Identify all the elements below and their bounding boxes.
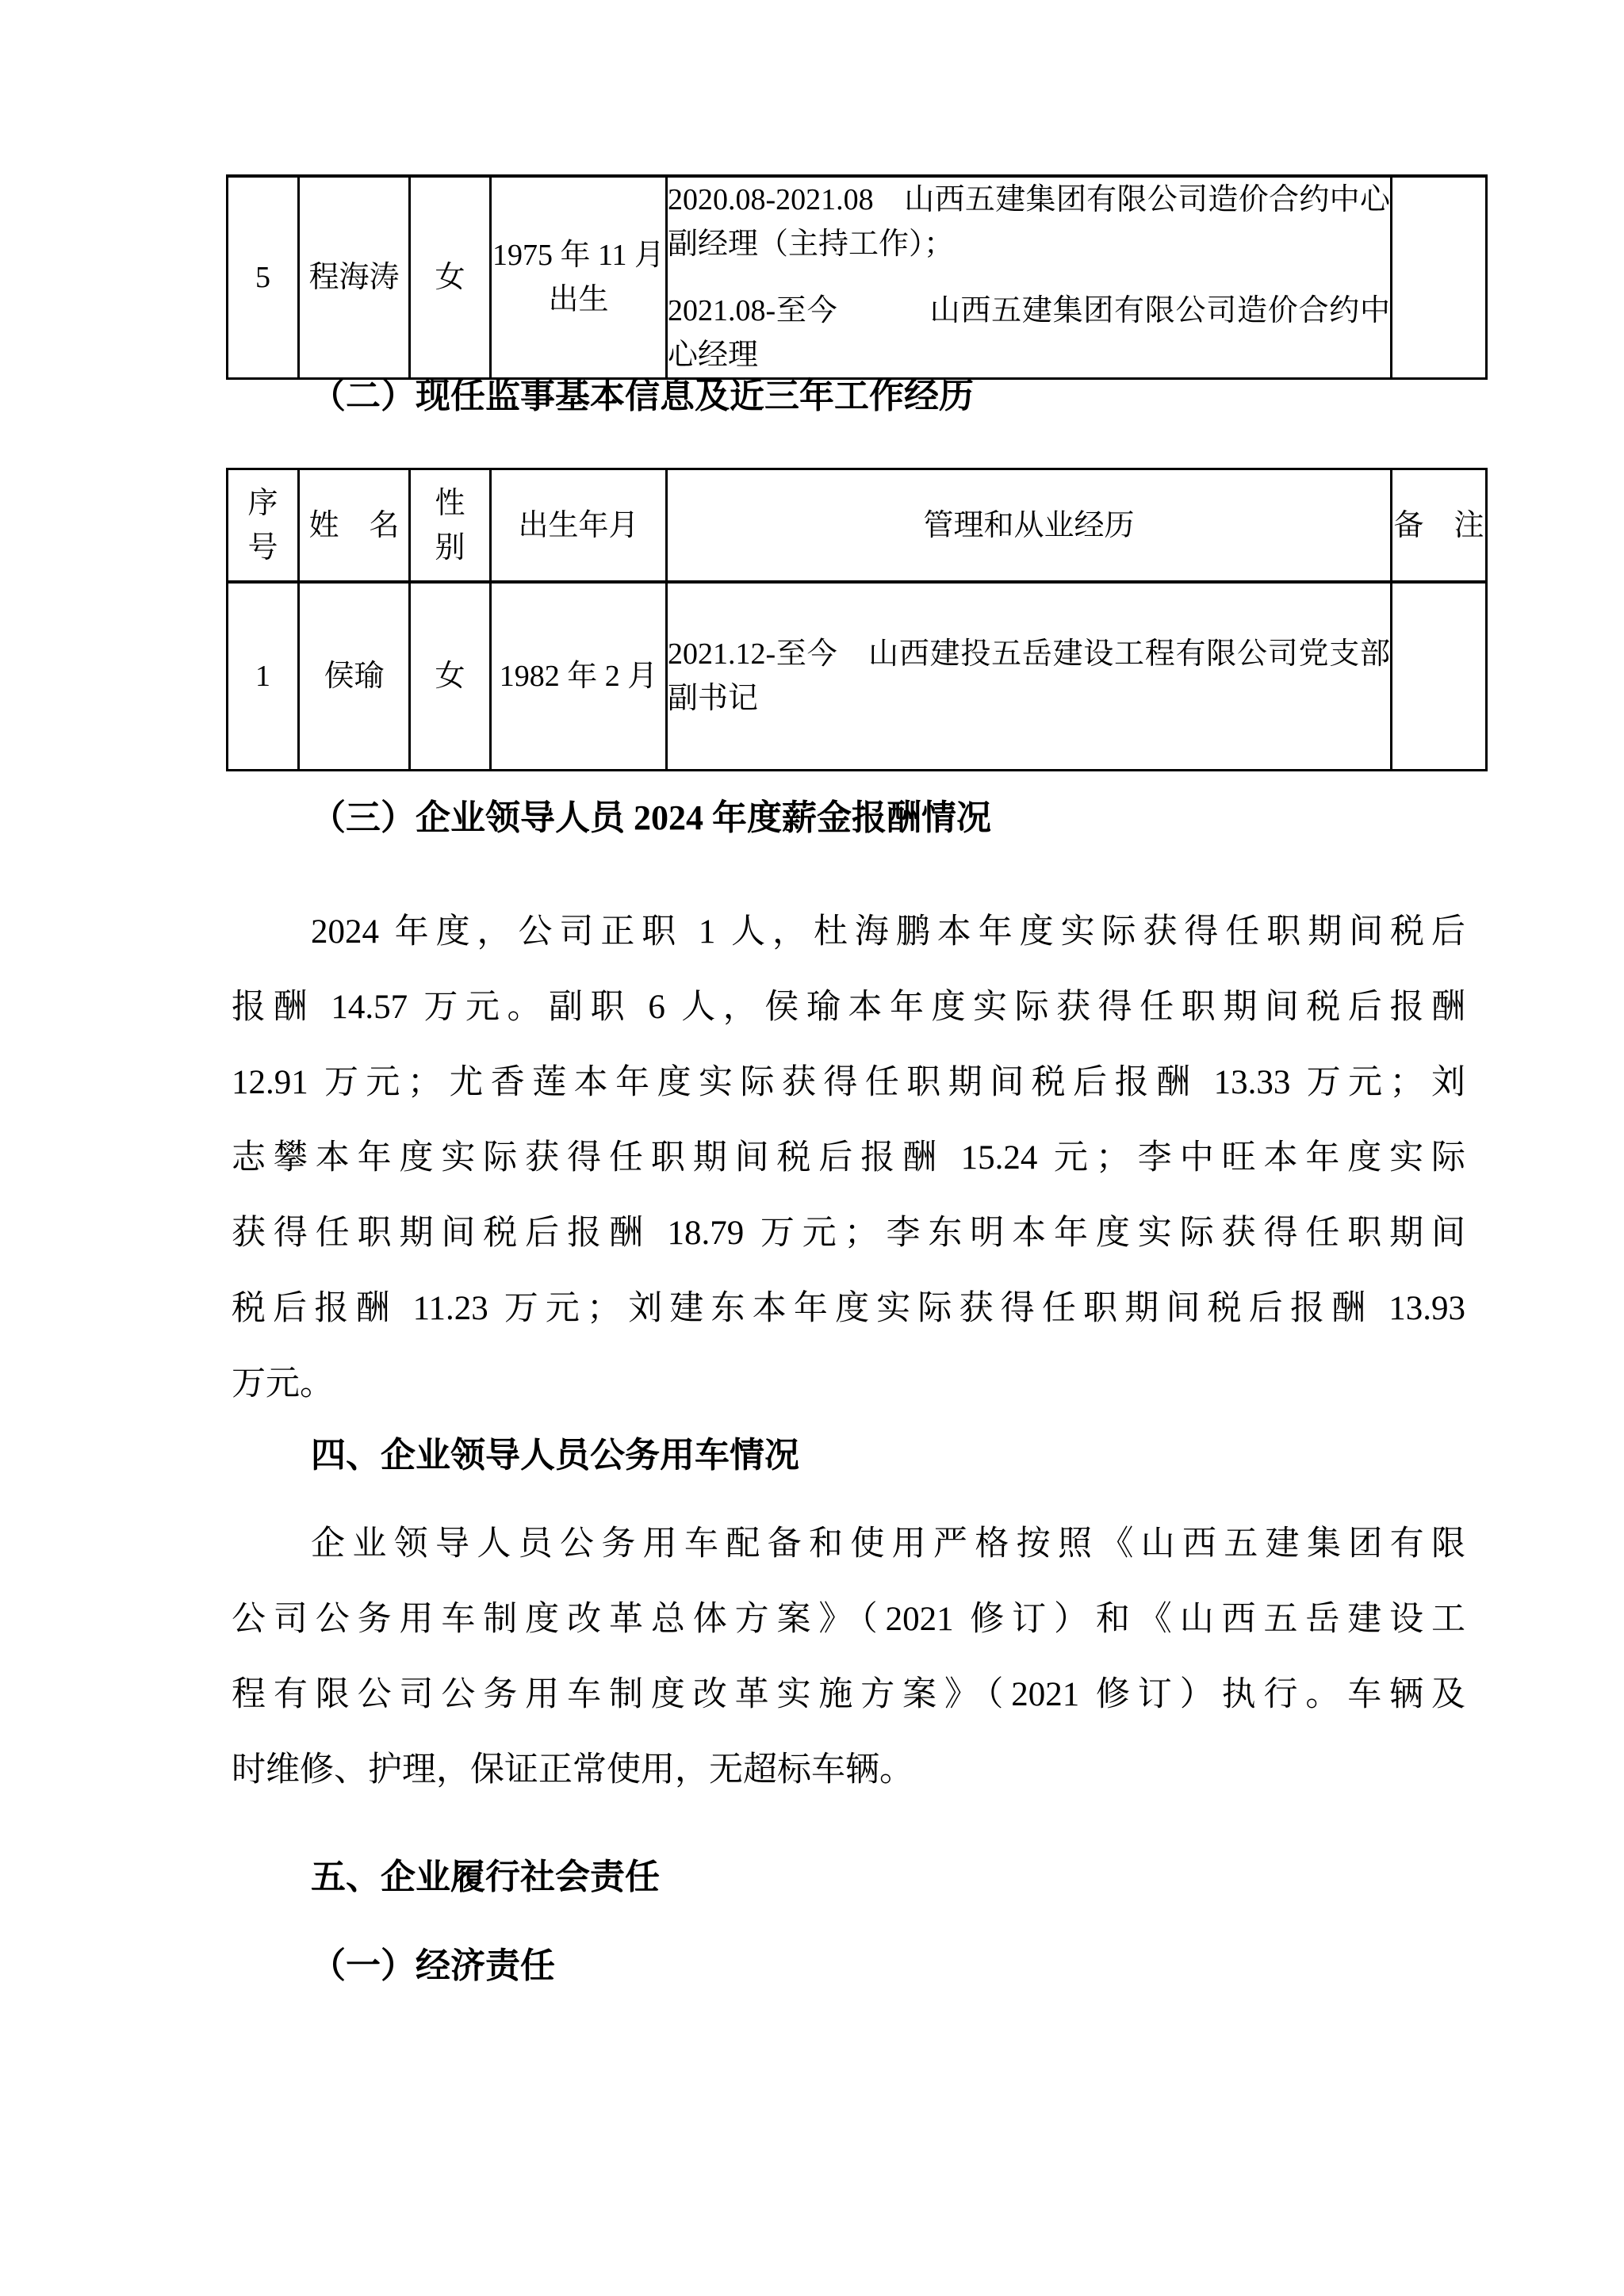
career-header: 管理和从业经历 bbox=[667, 469, 1392, 583]
birth-cell: 1975 年 11 月 出生 bbox=[491, 176, 667, 379]
name-cell: 侯瑜 bbox=[299, 582, 410, 771]
paragraph-line: 时维修、护理，保证正常使用，无超标车辆。 bbox=[232, 1732, 1465, 1808]
paragraph-line: 程有限公司公务用车制度改革实施方案》（2021 修订）执行。车辆及 bbox=[232, 1657, 1465, 1732]
name-header: 姓 名 bbox=[299, 469, 410, 583]
paragraph-line: 企业领导人员公务用车配备和使用严格按照《山西五建集团有限 bbox=[232, 1506, 1465, 1582]
directors-table-continued: 5 程海涛 女 1975 年 11 月 出生 2020.08-2021.08 山… bbox=[226, 174, 1488, 380]
birth-header: 出生年月 bbox=[491, 469, 667, 583]
career-cell: 2020.08-2021.08 山西五建集团有限公司造价合约中心副经理（主持工作… bbox=[667, 176, 1392, 379]
table-header-row: 序 号 姓 名 性 别 出生年月 管理和从业经历 备 注 bbox=[228, 469, 1487, 583]
vehicles-section-heading: 四、企业领导人员公务用车情况 bbox=[232, 1418, 1465, 1493]
table-row: 1 侯瑜 女 1982 年 2 月 2021.12-至今 山西建投五岳建设工程有… bbox=[228, 582, 1487, 771]
paragraph-line: 12.91 万元；尤香莲本年度实际获得任职期间税后报酬 13.33 万元；刘 bbox=[232, 1045, 1465, 1120]
paragraph-line: 公司公务用车制度改革总体方案》（2021 修订）和《山西五岳建设工 bbox=[232, 1582, 1465, 1657]
career-cell: 2021.12-至今 山西建投五岳建设工程有限公司党支部副书记 bbox=[667, 582, 1392, 771]
career-entry: 2021.12-至今 山西建投五岳建设工程有限公司党支部副书记 bbox=[668, 632, 1390, 721]
salary-paragraph: 2024 年度，公司正职 1 人，杜海鹏本年度实际获得任职期间税后 报酬 14.… bbox=[232, 894, 1465, 1422]
social-responsibility-heading: 五、企业履行社会责任 bbox=[232, 1839, 1465, 1915]
note-cell bbox=[1392, 582, 1487, 771]
paragraph-line: 获得任职期间税后报酬 18.79 万元；李东明本年度实际获得任职期间 bbox=[232, 1196, 1465, 1271]
gender-header: 性 别 bbox=[410, 469, 491, 583]
seq-header: 序 号 bbox=[228, 469, 299, 583]
note-header: 备 注 bbox=[1392, 469, 1487, 583]
seq-cell: 5 bbox=[228, 176, 299, 379]
gender-cell: 女 bbox=[410, 582, 491, 771]
vehicle-paragraph: 企业领导人员公务用车配备和使用严格按照《山西五建集团有限 公司公务用车制度改革总… bbox=[232, 1506, 1465, 1808]
career-entry: 2020.08-2021.08 山西五建集团有限公司造价合约中心副经理（主持工作… bbox=[668, 178, 1390, 266]
note-cell bbox=[1392, 176, 1487, 379]
name-cell: 程海涛 bbox=[299, 176, 410, 379]
paragraph-line: 2024 年度，公司正职 1 人，杜海鹏本年度实际获得任职期间税后 bbox=[232, 894, 1465, 970]
paragraph-line: 税后报酬 11.23 万元；刘建东本年度实际获得任职期间税后报酬 13.93 bbox=[232, 1271, 1465, 1346]
salary-section-heading: （三）企业领导人员 2024 年度薪金报酬情况 bbox=[232, 780, 1465, 855]
birth-cell: 1982 年 2 月 bbox=[491, 582, 667, 771]
document-page: 5 程海涛 女 1975 年 11 月 出生 2020.08-2021.08 山… bbox=[0, 0, 1624, 2296]
economic-responsibility-heading: （一）经济责任 bbox=[232, 1928, 1465, 2003]
paragraph-line: 万元。 bbox=[232, 1346, 1465, 1422]
table-row: 5 程海涛 女 1975 年 11 月 出生 2020.08-2021.08 山… bbox=[228, 176, 1487, 379]
seq-cell: 1 bbox=[228, 582, 299, 771]
supervisors-section-heading: （二）现任监事基本信息及近三年工作经历 bbox=[232, 358, 1465, 434]
gender-cell: 女 bbox=[410, 176, 491, 379]
supervisors-table: 序 号 姓 名 性 别 出生年月 管理和从业经历 备 注 1 侯瑜 女 1982… bbox=[226, 468, 1488, 771]
paragraph-line: 报酬 14.57 万元。副职 6 人，侯瑜本年度实际获得任职期间税后报酬 bbox=[232, 970, 1465, 1045]
paragraph-line: 志攀本年度实际获得任职期间税后报酬 15.24 元；李中旺本年度实际 bbox=[232, 1120, 1465, 1196]
